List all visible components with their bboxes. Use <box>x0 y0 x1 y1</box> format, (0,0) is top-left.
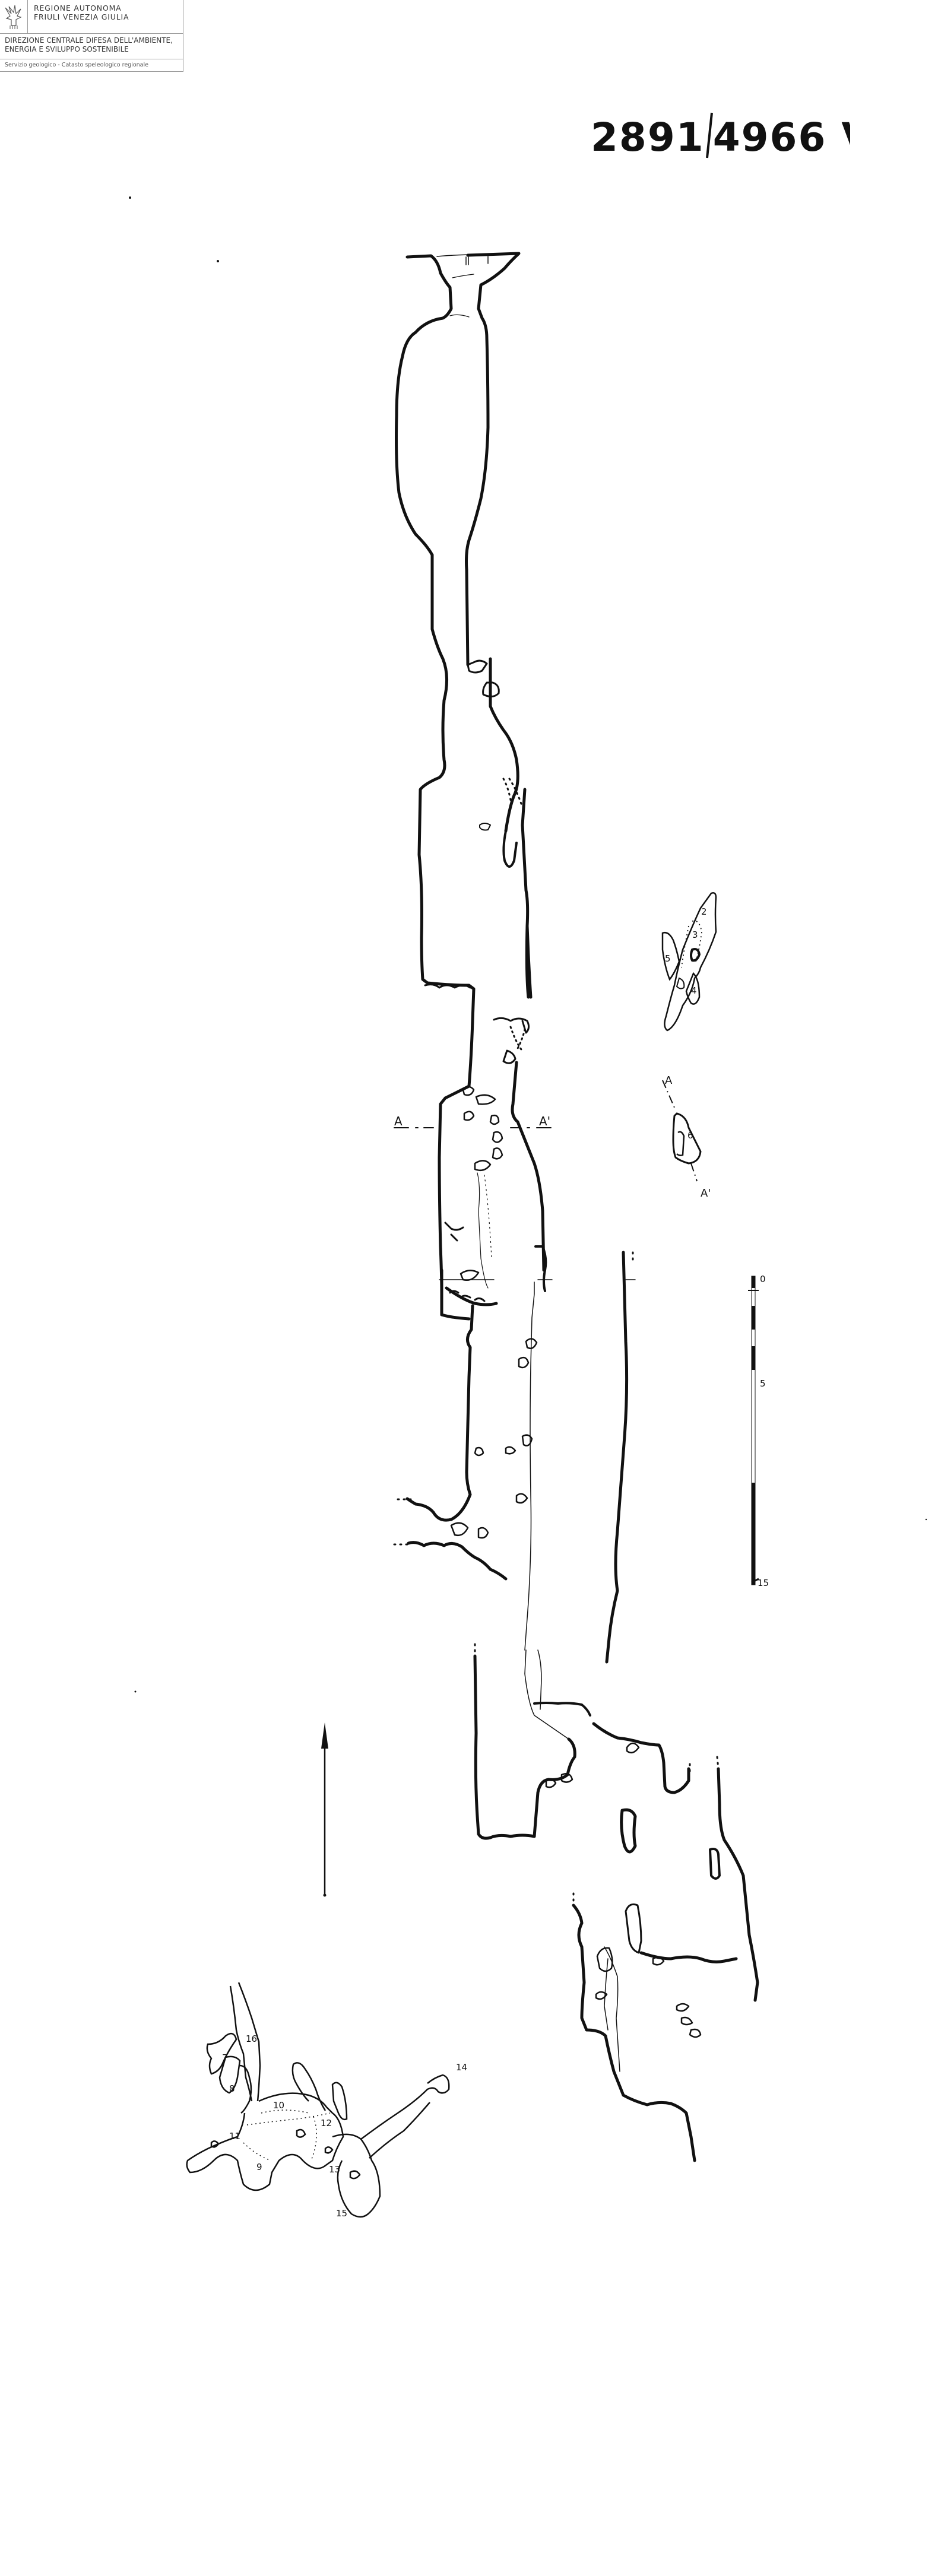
section-start-label: A <box>665 1074 673 1087</box>
chamber-label-3: 3 <box>692 929 698 940</box>
main-passage-middle <box>439 1062 635 1315</box>
cave-entrance <box>397 253 519 570</box>
chamber-label-2: 2 <box>701 906 707 917</box>
chamber-label-12: 12 <box>321 2118 332 2128</box>
cross-section-a <box>663 1080 701 1181</box>
chamber-label-15: 15 <box>336 2208 347 2219</box>
chamber-label-4: 4 <box>691 985 697 996</box>
scale-tick-5: 5 <box>760 1378 766 1389</box>
lower-chambers <box>475 1650 758 2000</box>
chamber-label-9: 9 <box>256 2162 262 2172</box>
bottom-passage <box>573 1904 736 2161</box>
chamber-label-5: 5 <box>665 953 671 964</box>
chamber-label-11: 11 <box>229 2131 240 2142</box>
main-passage-upper <box>419 555 531 1319</box>
chamber-label-7: 7 <box>222 2052 228 2063</box>
scale-tick-0: 0 <box>760 1274 766 1284</box>
scale-bar <box>748 1276 759 1585</box>
main-passage-lower <box>407 1252 627 1662</box>
chamber-label-8: 8 <box>229 2083 235 2094</box>
plan-cut-start-label: A <box>394 1114 403 1128</box>
chamber-label-14: 14 <box>456 2062 467 2073</box>
section-end-label: A' <box>701 1187 711 1200</box>
chamber-label-16: 16 <box>246 2033 257 2044</box>
north-arrow-icon <box>321 1722 328 1897</box>
passage-continuations <box>394 1252 718 1905</box>
chamber-label-6: 6 <box>687 1130 693 1141</box>
chamber-label-13: 13 <box>329 2164 340 2175</box>
lower-inset-sketch <box>187 1982 449 2217</box>
plan-cut-end-label: A' <box>539 1114 550 1128</box>
chamber-label-10: 10 <box>273 2100 284 2111</box>
scale-tick-15: 15 <box>758 1578 769 1588</box>
cave-survey-drawing: A A' 2 3 4 5 A A' 6 0 5 15 <box>0 0 938 2576</box>
